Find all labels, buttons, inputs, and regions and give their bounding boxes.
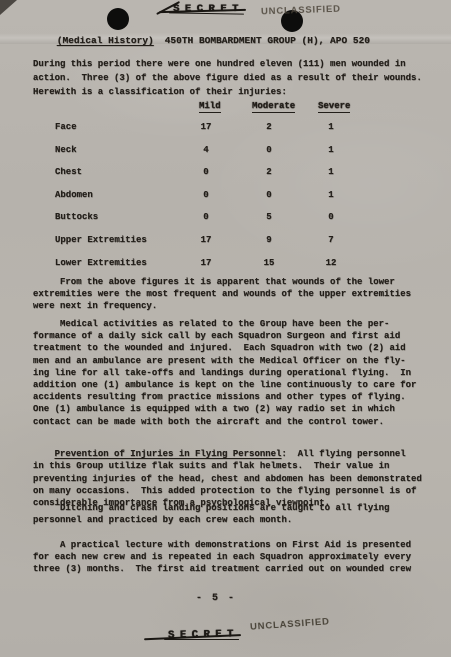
injury-label: Face — [55, 122, 77, 132]
injury-count: 7 — [313, 235, 349, 245]
title-medical-history: (Medical History) — [57, 35, 154, 46]
injury-count: 15 — [251, 258, 287, 268]
injury-classification-table: Mild Moderate Severe Face 17 2 1 Neck 4 … — [33, 101, 433, 276]
injury-count: 5 — [251, 212, 287, 222]
injury-count: 2 — [251, 122, 287, 132]
injury-count: 17 — [188, 122, 224, 132]
paragraph-medical-activities: Medical activities as related to the Gro… — [33, 318, 435, 428]
paragraph-casualty-summary: During this period there were one hundre… — [33, 57, 435, 99]
injury-count: 2 — [251, 167, 287, 177]
document-page: SECRET UNCLASSIFIED (Medical History)450… — [0, 0, 451, 657]
injury-count: 17 — [188, 258, 224, 268]
injury-label: Lower Extremities — [55, 258, 147, 268]
table-row: Neck 4 0 1 — [33, 145, 433, 158]
injury-count: 0 — [188, 212, 224, 222]
injury-count: 17 — [188, 235, 224, 245]
unclassified-stamp-bottom: UNCLASSIFIED — [250, 616, 330, 633]
table-row: Buttocks 0 5 0 — [33, 212, 433, 225]
table-row: Abdomen 0 0 1 — [33, 190, 433, 203]
table-row: Chest 0 2 1 — [33, 167, 433, 180]
strikethrough-line — [164, 639, 239, 640]
paragraph-ditching-training: Ditching and crash landing positions are… — [33, 502, 435, 526]
document-title: (Medical History)450TH BOMBARDMENT GROUP… — [34, 24, 370, 57]
secret-stamp-struck-bottom: SECRET — [168, 628, 239, 641]
injury-count: 0 — [313, 212, 349, 222]
injury-count: 0 — [251, 145, 287, 155]
table-row: Upper Extremities 17 9 7 — [33, 235, 433, 248]
injury-count: 1 — [313, 122, 349, 132]
table-row: Lower Extremities 17 15 12 — [33, 258, 433, 271]
injury-count: 0 — [188, 167, 224, 177]
paragraph-figures-analysis: From the above figures it is apparent th… — [33, 276, 435, 313]
injury-count: 4 — [188, 145, 224, 155]
injury-count: 9 — [251, 235, 287, 245]
injury-label: Upper Extremities — [55, 235, 147, 245]
injury-count: 1 — [313, 145, 349, 155]
injury-label: Abdomen — [55, 190, 93, 200]
injury-count: 12 — [313, 258, 349, 268]
injury-count: 1 — [313, 167, 349, 177]
paragraph-first-aid-lecture: A practical lecture with demonstrations … — [33, 539, 435, 576]
title-group-designation: 450TH BOMBARDMENT GROUP (H), APO 520 — [165, 35, 370, 46]
injury-label: Chest — [55, 167, 82, 177]
secret-stamp-struck-top: SECRET — [173, 3, 244, 15]
injury-count: 0 — [188, 190, 224, 200]
section-heading-prevention: Prevention of Injuries in Flying Personn… — [55, 449, 282, 459]
injury-label: Buttocks — [55, 212, 98, 222]
column-header-severe: Severe — [318, 101, 350, 113]
column-header-moderate: Moderate — [252, 101, 295, 113]
injury-count: 0 — [251, 190, 287, 200]
table-row: Face 17 2 1 — [33, 122, 433, 135]
page-number: - 5 - — [196, 593, 236, 604]
unclassified-stamp-top: UNCLASSIFIED — [261, 4, 341, 18]
injury-label: Neck — [55, 145, 77, 155]
column-header-mild: Mild — [199, 101, 221, 113]
injury-count: 1 — [313, 190, 349, 200]
scan-corner-artifact — [0, 0, 17, 15]
